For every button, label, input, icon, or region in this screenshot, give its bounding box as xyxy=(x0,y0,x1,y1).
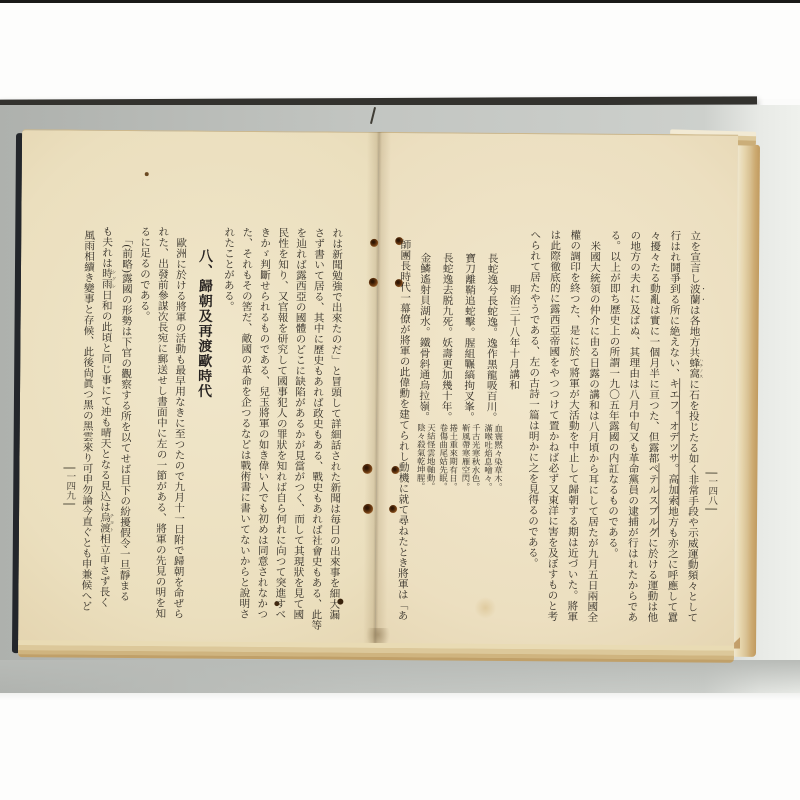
text-column: きかゞ判斷せられるものである、兒玉將軍の如き偉い人でも初めは同意されなかつ xyxy=(252,227,273,629)
page-number-149: 一四九 xyxy=(63,467,75,504)
emphasis-dots-word: 波蘭 xyxy=(689,283,700,304)
scan-background-bottom xyxy=(0,700,800,800)
foxing-speck xyxy=(145,172,149,176)
text-column: 明治三十八年十月講和 xyxy=(501,229,524,631)
text-column: 權の調印を終つた、是に於て將軍が大活動を中止して歸朝する期は近づいた。將軍 xyxy=(561,229,584,631)
right-page-text-block: 立を宣言し波蘭は各地方共蜂窩ハチノスに石を投じたる如く非常手段や示威運動頻々とし… xyxy=(400,228,705,632)
text-column: た、それもその筈だ、敵國の革命を企つるなどは戰術書に書いてないからと說明さ xyxy=(234,227,255,629)
poem-line: 金鱗遙射貝湖水。鐵骨斜通烏拉嶺。天結怪雲地軸動。陰々殺氣乾坤腥。 xyxy=(411,228,437,630)
text-column: 米國大統領の仲介に由る日露の講和は八月頃から耳にして居たが九月五日兩國全 xyxy=(581,230,604,632)
poem-line: 寶刀離鞘追蛇擊。腥組囅縞拘叉峯。千古光寒秋水色。靳風帶寒雁空閃。 xyxy=(456,229,482,631)
warichu-note: 捲土重來期有日。卷傷曲尾姑先眠。 xyxy=(437,423,458,490)
ruby-annotated-word: 時雨シグレ xyxy=(101,268,112,289)
page-number-148: 一四八 xyxy=(705,472,717,509)
left-page-text-block: れは新聞勉強で出來たのだ」と冒頭して詳細話された新聞は毎日の出來事を細大漏さず書… xyxy=(76,226,345,630)
text-column: は此際徹底的に露西亞帝國をやつつけて置かねば必ず又東洋に害を及ぼすものと考 xyxy=(541,229,564,631)
poem-line: 長蛇逸去脱九死。妖壽更加幾十年。捲土重來期有日。卷傷曲尾姑先眠。 xyxy=(434,228,460,630)
text-column: 歐洲に於ける將軍の活動も最早用なきに至つたので九月十一日附で歸朝を命ぜら xyxy=(168,226,189,628)
section-heading: 八、歸朝及再渡歐時代 xyxy=(186,226,219,628)
proper-noun-mark: ペテルスブルグ xyxy=(647,463,660,537)
page-fore-edge-stack xyxy=(734,145,760,657)
ruby-annotated-word: 蜂窩ハチノス xyxy=(688,358,699,379)
warichu-note: 血寰黙々染草木。滿喉吐焰息噲々。 xyxy=(482,423,503,490)
open-book: 立を宣言し波蘭は各地方共蜂窩ハチノスに石を投じたる如く非常手段や示威運動頻々とし… xyxy=(16,129,760,663)
text-column: さず書いて居る、其中に歷史もあれば政史もある、戰史もあれば社會史もある、此等 xyxy=(306,227,327,629)
text-column: 行はれ鬪爭到る所に絶えない、キエフ。オデツサ。高加索地方も亦之に呼應して囂 xyxy=(661,230,684,632)
text-column: 師團長時代一幕僚が將軍の此偉勳を建てられし動機に就て尋ねたとき將軍は「あ xyxy=(391,228,414,630)
staple-hole xyxy=(370,239,378,247)
text-column: 風雨相續き變事と存候、此後尙眞つ黑の黑雲來り可申勿論今直ぐとも申兼候へど xyxy=(76,226,97,628)
staple-hole xyxy=(362,464,372,474)
scan-background-top xyxy=(0,3,800,99)
poem-line: 長蛇逸兮長蛇逸。逸作黑龍吸百川。血寰黙々染草木。滿喉吐焰息噲々。 xyxy=(479,229,505,631)
text-column: の地方の夫れに及ばぬ、其理由は八月中旬又も革命黨員の逮捕が行はれたからであ xyxy=(621,230,644,632)
book-photo: 〜ｙ 立を宣言し波蘭は各地方共蜂窩ハチノスに石を投じたる如く非常手段や示威運動頻… xyxy=(0,0,800,800)
staple-hole xyxy=(363,504,373,514)
ruby-annotated-word: 烏渡チヨト xyxy=(99,512,110,533)
text-column: 々擾々たる動亂は實に一個月半に亘つた、但露都ペテルスブルグに於ける運動は他 xyxy=(641,230,664,632)
text-column: 民性を知り、又官報を研究して國事犯人の罪狀を知れば自ら何れに向つて突進すべ xyxy=(270,227,291,629)
text-column: れは新聞勉強で出來たのだ」と冒頭して詳細話された新聞は毎日の出來事を細大漏 xyxy=(324,228,345,630)
proper-noun-mark: キエフ。オデツサ。高加索 xyxy=(667,379,680,506)
warichu-note: 天結怪雲地軸動。陰々殺氣乾坤腥。 xyxy=(415,423,436,490)
text-column: を辿れば露西亞の國體のどこに缺陷があるかが見當がつく、而して其現狀を見て國 xyxy=(288,227,309,629)
text-column: 「(前略)露國の形勢は下官の觀察する所を以てせば目下の紛擾假令一旦靜まる xyxy=(114,226,135,628)
staple-hole xyxy=(369,278,378,287)
text-column: 立を宣言し波蘭は各地方共蜂窩ハチノスに石を投じたる如く非常手段や示威運動頻々とし… xyxy=(681,230,705,632)
center-gutter xyxy=(363,132,391,644)
text-column: れた、出發前參謀次長宛に郵送せし書面中に左の一節がある、將軍の先見の明を知 xyxy=(150,226,171,628)
warichu-note: 千古光寒秋水色。靳風帶寒雁空閃。 xyxy=(460,423,481,490)
